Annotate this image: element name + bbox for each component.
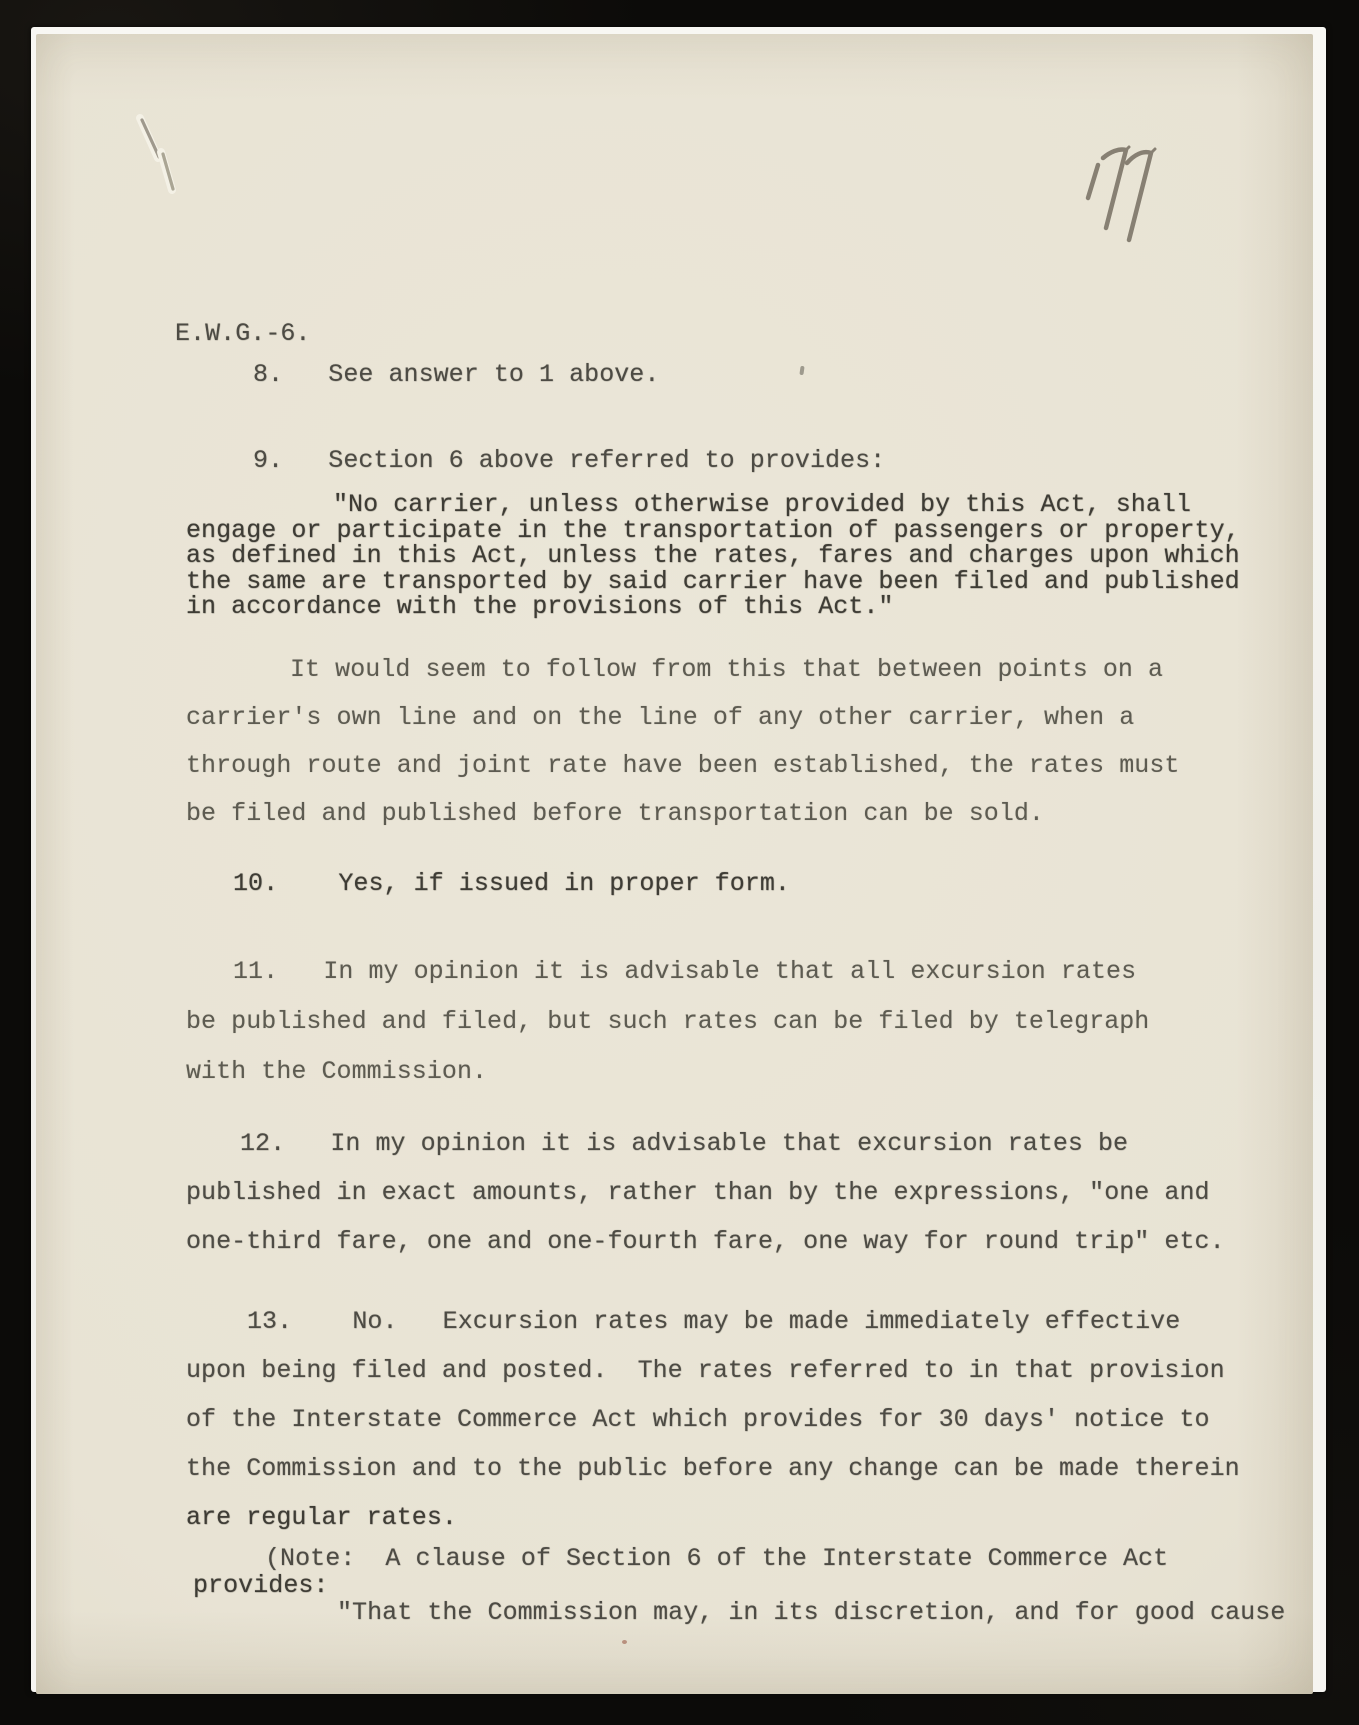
text-line: 8. See answer to 1 above. (186, 362, 1286, 388)
text-line: be filed and published before transporta… (186, 790, 1286, 838)
text-block-item8: 8. See answer to 1 above. (186, 362, 1286, 388)
text-line: of the Interstate Commerce Act which pro… (186, 1395, 1286, 1444)
text-line: engage or participate in the transportat… (186, 518, 1286, 544)
text-block-note: (Note: A clause of Section 6 of the Inte… (186, 1545, 1286, 1626)
text-line: as defined in this Act, unless the rates… (186, 543, 1286, 569)
text-line: are regular rates. (186, 1493, 1286, 1542)
text-block-item9: 9. Section 6 above referred to provides: (186, 448, 1286, 474)
text-block-item10: 10. Yes, if issued in proper form. (186, 871, 1286, 897)
text-line: through route and joint rate have been e… (186, 742, 1286, 790)
paper-sheet: 177 E.W.G.-6.8. See answer to 1 above.9.… (36, 34, 1313, 1694)
paper-speck-red (622, 1640, 627, 1644)
text-line: the same are transported by said carrier… (186, 569, 1286, 595)
text-line: "That the Commission may, in its discret… (186, 1599, 1286, 1626)
text-line: It would seem to follow from this that b… (186, 646, 1286, 694)
text-line: be published and filed, but such rates c… (186, 997, 1286, 1047)
text-block-item12: 12. In my opinion it is advisable that e… (186, 1119, 1286, 1266)
text-block-item13: 13. No. Excursion rates may be made imme… (186, 1297, 1286, 1542)
text-block-ref: E.W.G.-6. (186, 321, 1286, 347)
text-line: one-third fare, one and one-fourth fare,… (186, 1217, 1286, 1266)
text-block-para1: It would seem to follow from this that b… (186, 646, 1286, 838)
text-line: 10. Yes, if issued in proper form. (186, 871, 1286, 897)
text-line: 11. In my opinion it is advisable that a… (186, 947, 1286, 997)
text-block-item11: 11. In my opinion it is advisable that a… (186, 947, 1286, 1097)
text-line: in accordance with the provisions of thi… (186, 594, 1286, 620)
text-line: "No carrier, unless otherwise provided b… (186, 492, 1286, 518)
text-line: carrier's own line and on the line of an… (186, 694, 1286, 742)
typed-text-layer: E.W.G.-6.8. See answer to 1 above.9. Sec… (186, 34, 1316, 1694)
text-line: the Commission and to the public before … (186, 1444, 1286, 1493)
text-line: 13. No. Excursion rates may be made imme… (186, 1297, 1286, 1346)
scanned-document-photo: 177 E.W.G.-6.8. See answer to 1 above.9.… (0, 0, 1359, 1725)
text-line: E.W.G.-6. (175, 321, 1286, 347)
text-line: 9. Section 6 above referred to provides: (186, 448, 1286, 474)
text-block-quote: "No carrier, unless otherwise provided b… (186, 492, 1286, 620)
text-line: with the Commission. (186, 1047, 1286, 1097)
text-line: provides: (193, 1572, 1286, 1599)
text-line: 12. In my opinion it is advisable that e… (186, 1119, 1286, 1168)
text-line: published in exact amounts, rather than … (186, 1168, 1286, 1217)
text-line: upon being filed and posted. The rates r… (186, 1346, 1286, 1395)
text-line: (Note: A clause of Section 6 of the Inte… (186, 1545, 1286, 1572)
